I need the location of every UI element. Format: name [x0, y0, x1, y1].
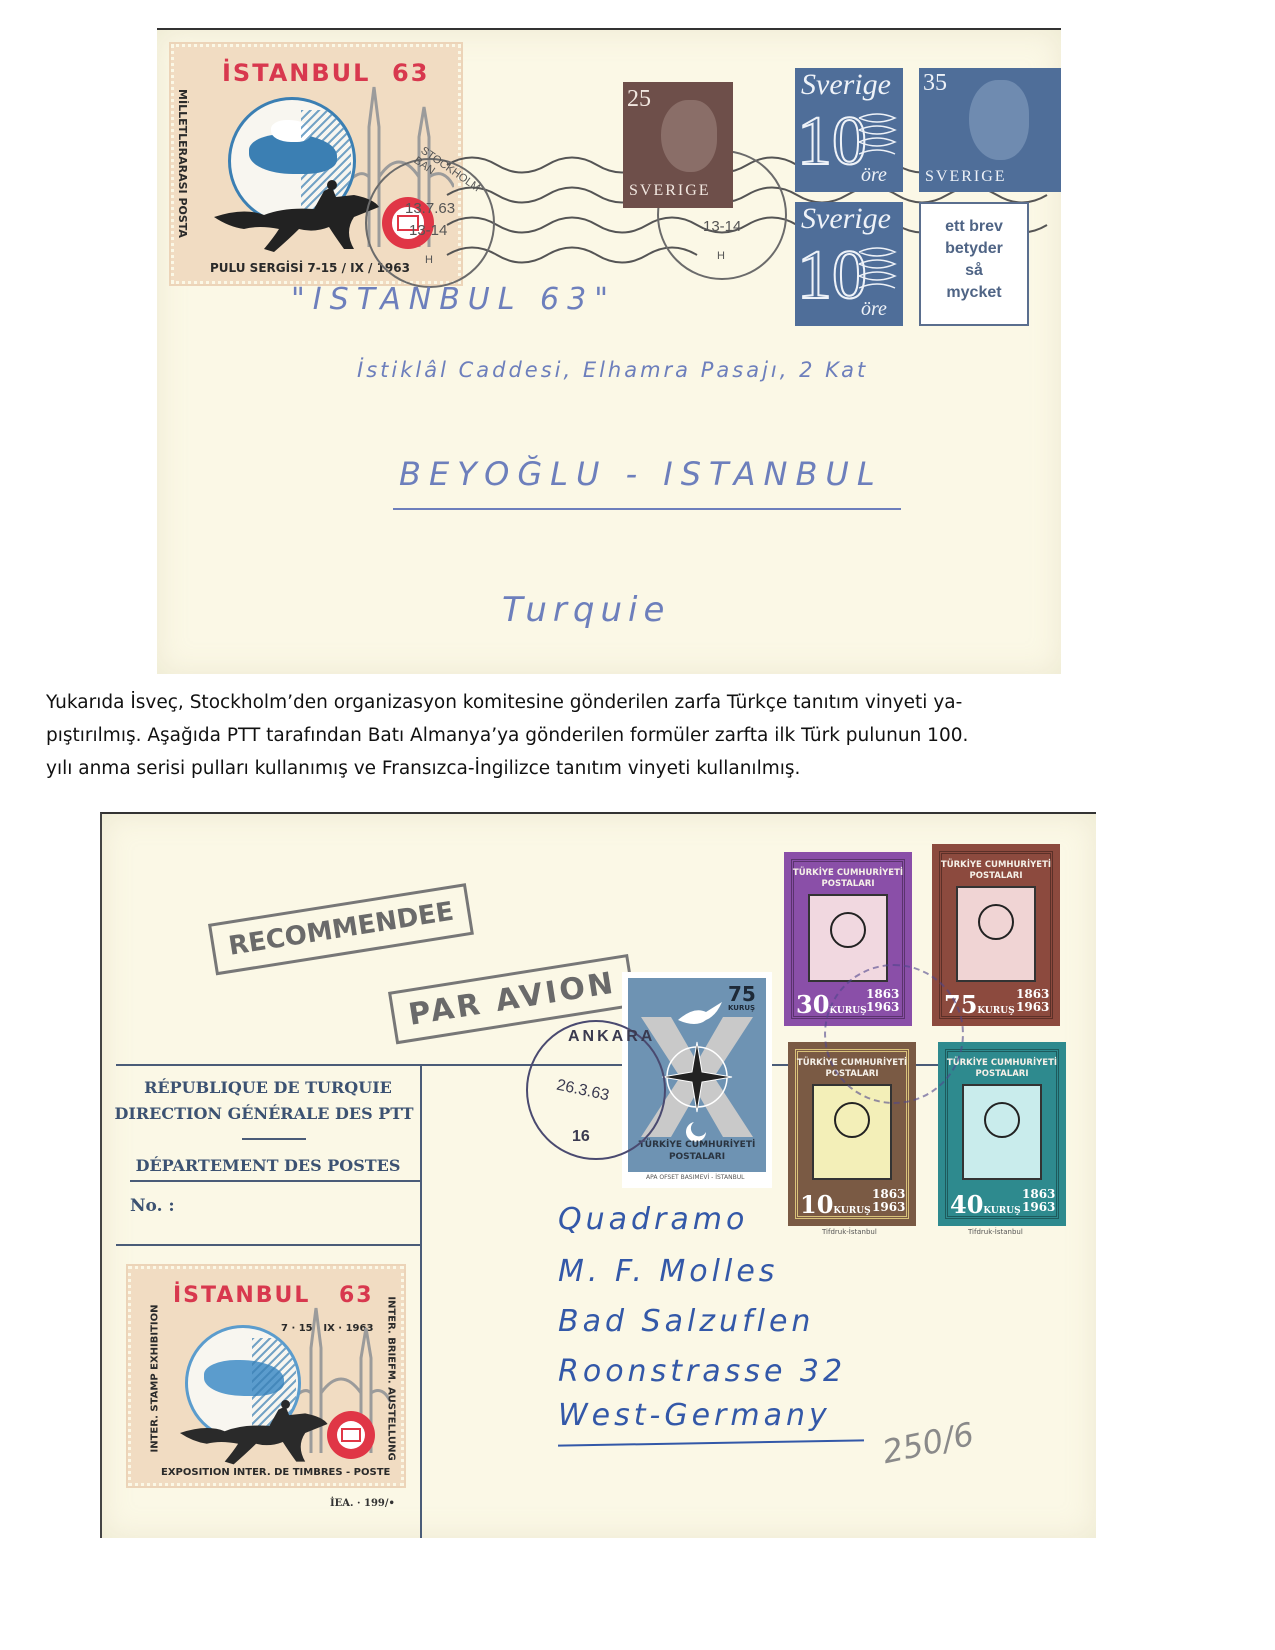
stamp-turkey-40-kurus: TÜRKİYE CUMHURİYETİPOSTALARI 40KURUŞ 186…: [938, 1042, 1066, 1226]
address-line-2: İstiklâl Caddesi, Elhamra Pasajı, 2 Kat: [357, 358, 868, 382]
form-rule-bottom: [116, 1244, 420, 1246]
caption-line-2: pıştırılmış. Aşağıda PTT tarafından Batı…: [46, 719, 1176, 752]
label-line: så: [921, 260, 1027, 282]
stamp-country: SVERIGE: [925, 168, 1007, 186]
stamp-years: 18631963: [1022, 1188, 1055, 1214]
address-line-4: Roonstrasse 32: [558, 1354, 846, 1389]
stamp-unit: öre: [861, 298, 887, 321]
postmark-ankara-2: [824, 964, 964, 1104]
address-line-3: BEYOĞLU - ISTANBUL: [399, 455, 883, 493]
stamp-header: TÜRKİYE CUMHURİYETİPOSTALARI: [932, 860, 1060, 882]
form-short-rule: [242, 1138, 306, 1140]
ornament-loops: [857, 244, 897, 294]
vignette-title: İSTANBUL: [173, 1283, 310, 1308]
king-portrait: [969, 80, 1029, 160]
king-portrait: [661, 100, 717, 172]
stamp-inner-panel: [956, 886, 1036, 982]
stamp-value: 25: [627, 86, 651, 113]
stamp-header: TÜRKİYE CUMHURİYETİPOSTALARI: [784, 868, 912, 890]
stamp-sweden-10-bottom: Sverige 10 öre: [795, 202, 903, 326]
address-line-3: Bad Salzuflen: [558, 1304, 814, 1339]
postmark-code: 16: [572, 1128, 590, 1146]
vignette-right-text: INTER. BRIEFM. AUSTELLUNG: [386, 1296, 397, 1460]
horse-rider-icon: [171, 1397, 341, 1469]
caption-paragraph: Yukarıda İsveç, Stockholm’den organizasy…: [46, 686, 1176, 785]
stamp-sweden-25: 25 SVERIGE: [623, 82, 733, 208]
address-underline: [393, 508, 901, 510]
postmark-time: 13-14: [703, 218, 741, 235]
postmark-code: H: [717, 250, 725, 262]
tughra-icon: [984, 1102, 1020, 1138]
form-code: İEA. · 199/•: [330, 1498, 395, 1509]
address-line-1: "ISTANBUL 63": [291, 282, 616, 317]
postmark-date: 26.3.63: [555, 1077, 611, 1106]
tughra-icon: [834, 1102, 870, 1138]
envelope-turkey-ptt: RECOMMENDEE PAR AVION RÉPUBLIQUE DE TURQ…: [100, 812, 1096, 1538]
istanbul-63-vignette-multilingual: İSTANBUL 63 7 · 15 · IX · 1963 INTER. ST…: [128, 1266, 404, 1486]
stamp-country: SVERIGE: [629, 182, 711, 200]
postmark-stockholm-1: STOCKHOLM BAN 13.7.63 13-14 H: [365, 158, 495, 288]
tughra-icon: [978, 904, 1014, 940]
stamp-years: 18631963: [1016, 988, 1049, 1014]
postmark-date: 13.7.63: [405, 200, 455, 217]
stamp-printer: Tifdruk-İstanbul: [968, 1228, 1023, 1236]
stamp-sweden-10-top: Sverige 10 öre: [795, 68, 903, 192]
tughra-icon: [830, 912, 866, 948]
vignette-left-text: INTER. STAMP EXHIBITION: [150, 1304, 161, 1452]
postmark-ankara: ANKARA 26.3.63 16: [526, 1020, 666, 1160]
stamp-value: 10KURUŞ: [800, 1190, 871, 1219]
form-rule: [130, 1180, 420, 1182]
stamp-sweden-35: 35 SVERIGE: [919, 68, 1061, 192]
address-line-4: Turquie: [502, 590, 670, 630]
stamp-printer: Tifdruk-İstanbul: [822, 1228, 877, 1236]
vignette-bottom-text: EXPOSITION INTER. DE TIMBRES - POSTE: [161, 1467, 390, 1478]
form-number-label: No. :: [130, 1196, 175, 1216]
stamp-country-line-2: POSTALARI: [622, 1152, 772, 1163]
dove-icon: [676, 1000, 726, 1028]
postmark-text: ANKARA: [568, 1028, 655, 1046]
stamp-printer: APA OFSET BASIMEVİ - İSTANBUL: [646, 1174, 744, 1181]
stamp-inner-panel: [962, 1084, 1042, 1180]
post-envelope-seal-icon: [327, 1411, 375, 1459]
address-line-1: Quadramo: [558, 1202, 748, 1237]
postmark-time: 13-14: [409, 222, 447, 239]
handstamp-recommendee: RECOMMENDEE: [208, 883, 474, 975]
form-line-department: DÉPARTEMENT DES POSTES: [116, 1156, 420, 1175]
stamp-country-line-1: TÜRKİYE CUMHURİYETİ: [622, 1140, 772, 1151]
stamp-script: Sverige: [801, 202, 891, 236]
form-line-republic: RÉPUBLIQUE DE TURQUIE: [116, 1078, 420, 1097]
stamp-value: 40KURUŞ: [950, 1190, 1021, 1219]
ornament-loops: [857, 110, 897, 160]
form-panel-divider: [420, 1064, 422, 1538]
form-line-direction: DIRECTION GÉNÉRALE DES PTT: [104, 1104, 424, 1123]
stamp-unit: KURUŞ: [728, 1004, 755, 1012]
caption-line-3: yılı anma serisi pulları kullanımış ve F…: [46, 752, 1176, 785]
stamp-years: 18631963: [872, 1188, 905, 1214]
address-line-5: West-Germany: [558, 1398, 831, 1433]
stamp-script: Sverige: [801, 68, 891, 102]
label-line: betyder: [921, 238, 1027, 260]
address-line-2: M. F. Molles: [558, 1254, 778, 1289]
stamp-unit: öre: [861, 164, 887, 187]
stamp-value: 75: [728, 982, 756, 1006]
postmark-code: H: [425, 254, 433, 266]
address-underline: [558, 1439, 864, 1446]
stamp-value: 35: [923, 70, 947, 97]
envelope-sweden: İSTANBUL 63 MİLLETLERARASI POSTA: [157, 28, 1061, 674]
caption-line-1: Yukarıda İsveç, Stockholm’den organizasy…: [46, 686, 1176, 719]
label-line: ett brev: [921, 216, 1027, 238]
label-line: mycket: [921, 282, 1027, 304]
pencil-note: 250/6: [879, 1415, 977, 1471]
booklet-label-ett-brev: ett brev betyder så mycket: [919, 202, 1029, 326]
